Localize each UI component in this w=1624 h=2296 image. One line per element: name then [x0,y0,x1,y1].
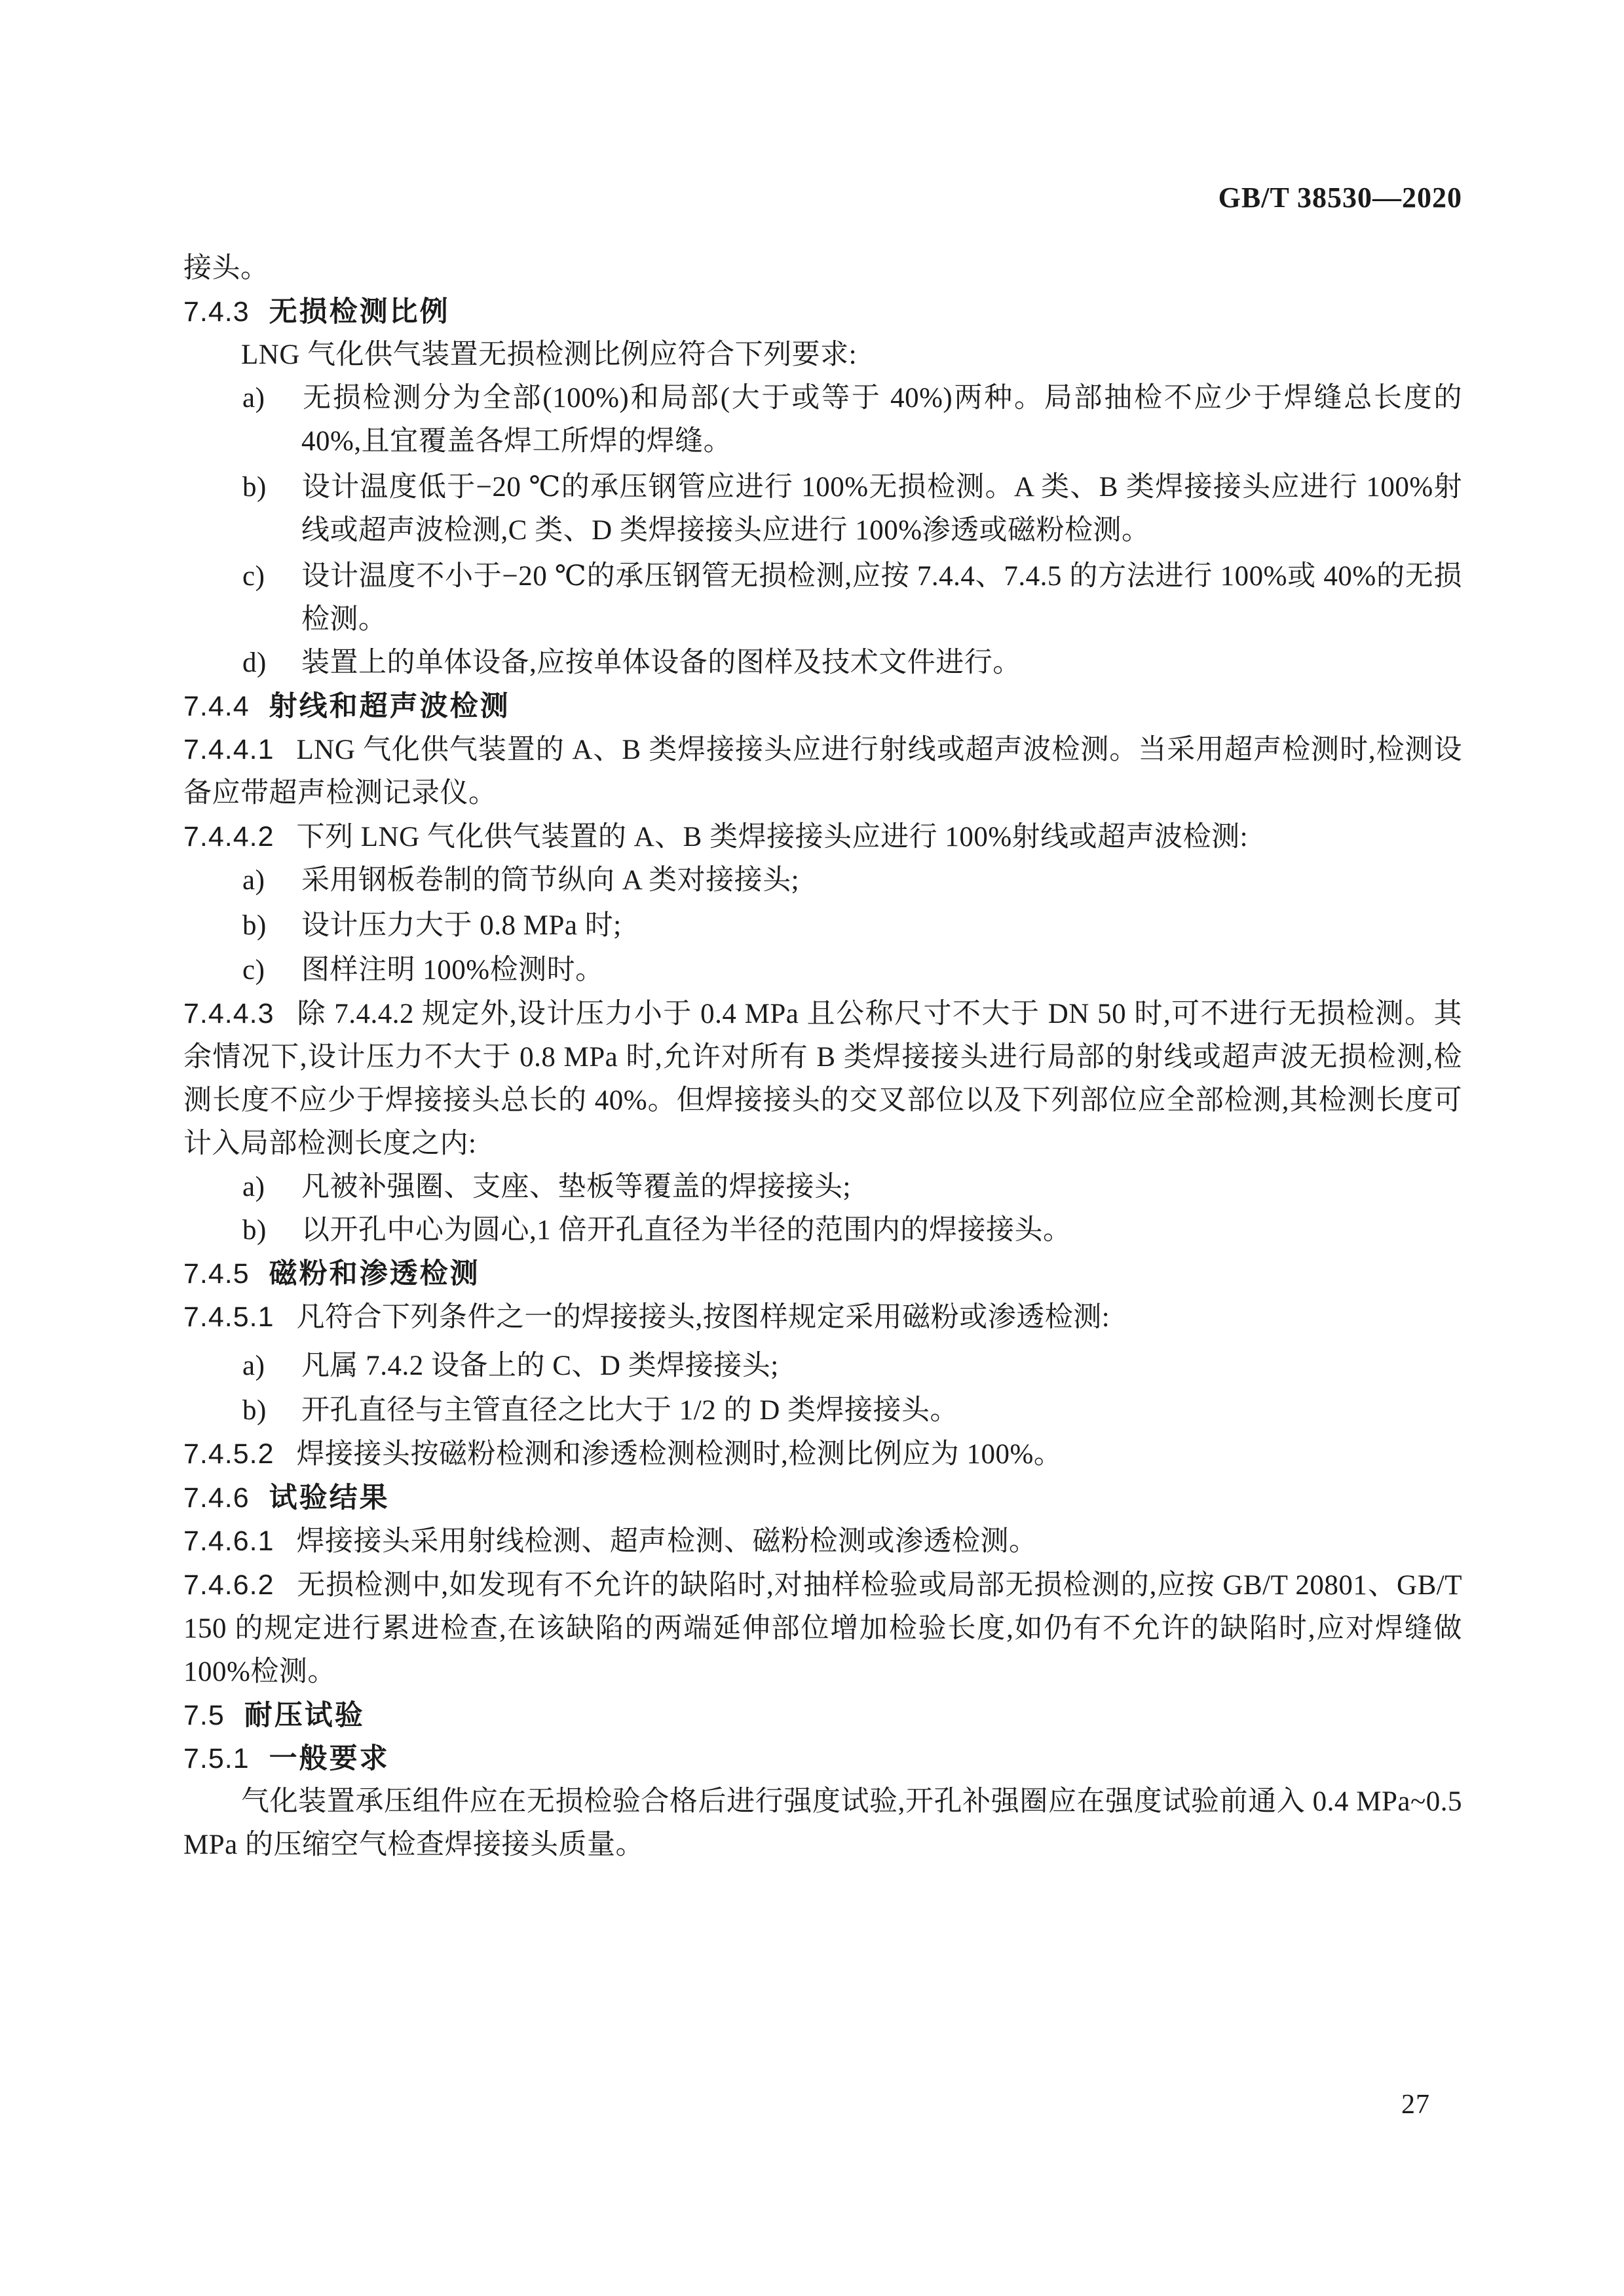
clause-text: 无损检测中,如发现有不允许的缺陷时,对抽样检验或局部无损检测的,应按 GB/T … [183,1570,1462,1687]
clause-text: 下列 LNG 气化供气装置的 A、B 类焊接接头应进行 100%射线或超声波检测… [297,822,1249,852]
carryover-text: 接头。 [183,247,1462,290]
section-heading-744: 7.4.4射线和超声波检测 [183,685,1462,728]
list-item-text: 凡属 7.4.2 设备上的 C、D 类焊接接头; [301,1350,779,1381]
section-number: 7.5.1 [183,1737,250,1780]
list-item: b)以开孔中心为圆心,1 倍开孔直径为半径的范围内的焊接接头。 [183,1209,1462,1252]
list-item: b)设计温度低于−20 ℃的承压钢管应进行 100%无损检测。A 类、B 类焊接… [183,466,1462,552]
list-item-text: 采用钢板卷制的筒节纵向 A 类对接接头; [301,865,799,896]
section-title: 一般要求 [269,1743,390,1774]
clause-number: 7.4.5.2 [183,1432,274,1476]
section-title: 磁粉和渗透检测 [269,1258,480,1290]
clause-paragraph-7443: 7.4.4.3除 7.4.4.2 规定外,设计压力小于 0.4 MPa 且公称尺… [183,992,1462,1166]
clause-paragraph-7441: 7.4.4.1LNG 气化供气装置的 A、B 类焊接接头应进行射线或超声波检测。… [183,728,1462,815]
clause-number: 7.4.6.2 [183,1563,274,1607]
list-item-marker: b) [242,904,301,947]
list-item: a)无损检测分为全部(100%)和局部(大于或等于 40%)两种。局部抽检不应少… [183,377,1462,463]
list-item: c)图样注明 100%检测时。 [183,949,1462,992]
list-item-text: 设计压力大于 0.8 MPa 时; [301,910,622,941]
section-number: 7.4.5 [183,1252,250,1295]
list-item-marker: d) [242,641,301,685]
page-content: 接头。 7.4.3无损检测比例 LNG 气化供气装置无损检测比例应符合下列要求:… [183,247,1462,1867]
section-heading-745: 7.4.5磁粉和渗透检测 [183,1252,1462,1295]
intro-paragraph-743: LNG 气化供气装置无损检测比例应符合下列要求: [183,334,1462,377]
clause-number: 7.4.4.3 [183,992,274,1035]
standard-number-header: GB/T 38530—2020 [1218,181,1462,214]
clause-text: 焊接接头按磁粉检测和渗透检测检测时,检测比例应为 100%。 [297,1439,1063,1470]
list-item-marker: c) [242,949,301,992]
list-item: c)设计温度不小于−20 ℃的承压钢管无损检测,应按 7.4.4、7.4.5 的… [183,555,1462,641]
body-paragraph-751: 气化装置承压组件应在无损检验合格后进行强度试验,开孔补强圈应在强度试验前通入 0… [183,1780,1462,1867]
list-item-text: 以开孔中心为圆心,1 倍开孔直径为半径的范围内的焊接接头。 [301,1215,1072,1246]
document-page: GB/T 38530—2020 接头。 7.4.3无损检测比例 LNG 气化供气… [0,0,1624,2296]
clause-paragraph-7451: 7.4.5.1凡符合下列条件之一的焊接接头,按图样规定采用磁粉或渗透检测: [183,1295,1462,1339]
list-item: b)设计压力大于 0.8 MPa 时; [183,904,1462,947]
clause-number: 7.4.4.2 [183,815,274,858]
list-item-text: 设计温度低于−20 ℃的承压钢管应进行 100%无损检测。A 类、B 类焊接接头… [301,472,1462,546]
list-item: a)采用钢板卷制的筒节纵向 A 类对接接头; [183,859,1462,902]
section-number: 7.4.4 [183,685,250,728]
section-title: 射线和超声波检测 [269,691,510,722]
page-number: 27 [1401,2089,1430,2120]
list-item-marker: b) [242,1209,301,1252]
list-item-text: 设计温度不小于−20 ℃的承压钢管无损检测,应按 7.4.4、7.4.5 的方法… [301,561,1462,635]
list-item-text: 图样注明 100%检测时。 [301,955,604,985]
clause-text: 凡符合下列条件之一的焊接接头,按图样规定采用磁粉或渗透检测: [297,1302,1110,1333]
clause-number: 7.4.6.1 [183,1520,274,1563]
clause-text: 除 7.4.4.2 规定外,设计压力小于 0.4 MPa 且公称尺寸不大于 DN… [183,999,1462,1159]
list-item-marker: b) [242,1389,301,1432]
section-heading-743: 7.4.3无损检测比例 [183,290,1462,334]
list-item: a)凡被补强圈、支座、垫板等覆盖的焊接接头; [183,1166,1462,1209]
section-heading-75: 7.5耐压试验 [183,1694,1462,1737]
list-item-marker: a) [242,1166,301,1209]
section-heading-751: 7.5.1一般要求 [183,1737,1462,1780]
clause-number: 7.4.5.1 [183,1295,274,1339]
list-item: d)装置上的单体设备,应按单体设备的图样及技术文件进行。 [183,641,1462,685]
clause-paragraph-7442: 7.4.4.2下列 LNG 气化供气装置的 A、B 类焊接接头应进行 100%射… [183,815,1462,859]
list-item-text: 装置上的单体设备,应按单体设备的图样及技术文件进行。 [301,647,1021,678]
section-number: 7.4.6 [183,1476,250,1520]
clause-number: 7.4.4.1 [183,728,274,771]
clause-text: LNG 气化供气装置的 A、B 类焊接接头应进行射线或超声波检测。当采用超声检测… [183,735,1462,809]
clause-text: 焊接接头采用射线检测、超声检测、磁粉检测或渗透检测。 [297,1526,1038,1557]
list-item-text: 无损检测分为全部(100%)和局部(大于或等于 40%)两种。局部抽检不应少于焊… [301,383,1462,457]
list-item-marker: a) [242,377,301,420]
clause-paragraph-7461: 7.4.6.1焊接接头采用射线检测、超声检测、磁粉检测或渗透检测。 [183,1520,1462,1563]
section-number: 7.5 [183,1694,225,1737]
list-item-marker: a) [242,859,301,902]
list-item-text: 凡被补强圈、支座、垫板等覆盖的焊接接头; [301,1172,851,1202]
list-item: a)凡属 7.4.2 设备上的 C、D 类焊接接头; [183,1345,1462,1388]
list-item-marker: a) [242,1345,301,1388]
list-item: b)开孔直径与主管直径之比大于 1/2 的 D 类焊接接头。 [183,1389,1462,1432]
section-heading-746: 7.4.6试验结果 [183,1476,1462,1520]
clause-paragraph-7462: 7.4.6.2无损检测中,如发现有不允许的缺陷时,对抽样检验或局部无损检测的,应… [183,1563,1462,1694]
section-title: 耐压试验 [244,1700,365,1731]
section-number: 7.4.3 [183,290,250,334]
section-title: 试验结果 [269,1482,390,1514]
list-item-marker: b) [242,466,301,509]
list-item-text: 开孔直径与主管直径之比大于 1/2 的 D 类焊接接头。 [301,1395,958,1426]
section-title: 无损检测比例 [269,296,450,328]
list-item-marker: c) [242,555,301,598]
clause-paragraph-7452: 7.4.5.2焊接接头按磁粉检测和渗透检测检测时,检测比例应为 100%。 [183,1432,1462,1476]
